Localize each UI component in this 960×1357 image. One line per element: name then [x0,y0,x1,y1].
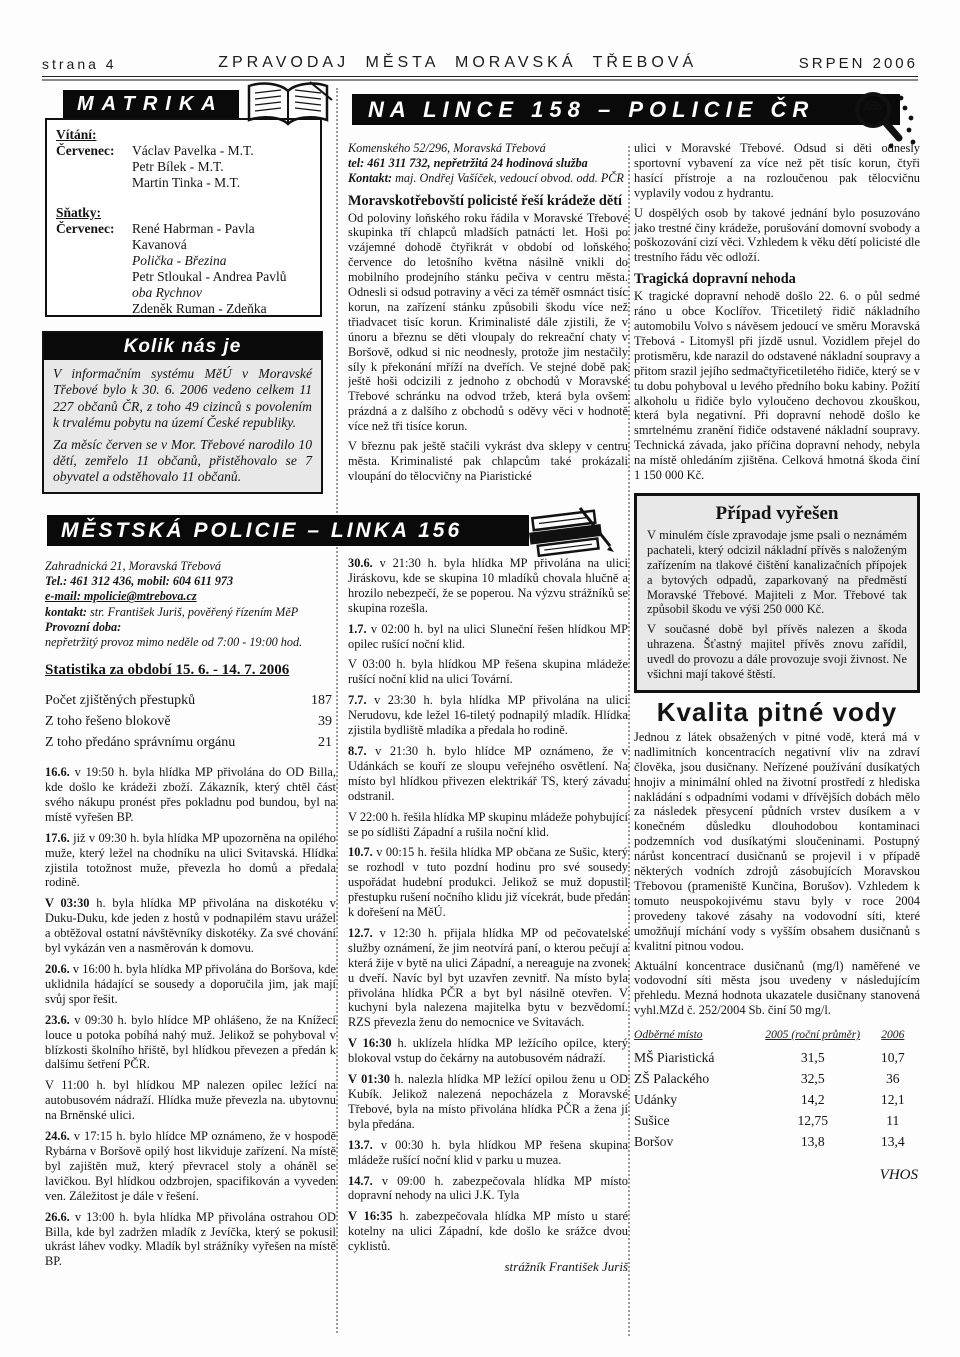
mestska-policie-header-bar: MĚSTSKÁ POLICIE – LINKA 156 [47,515,529,546]
books-pen-icon [522,502,614,558]
mp-log-entry: 30.6. v 21:30 h. byla hlídka MP přivolán… [348,556,628,616]
mp-log-entry: 17.6. již v 09:30 h. byla hlídka MP upoz… [45,831,336,891]
mp-log-entry: V 03:00 h. byla hlídkou MP řešena skupin… [348,657,628,687]
matrika-title: MATRIKA [77,93,224,116]
snatky-entry: Zdeněk Ruman - Zdeňka Poulová [132,301,311,317]
kolik-body: V informačním systému MěÚ v Moravské Tře… [44,360,321,492]
snatky-origin: oba Rychnov [132,285,311,301]
snatky-label: Sňatky: [56,205,311,221]
pripad-paragraph: V minulém čísle zpravodaje jsme psali o … [647,528,907,617]
mp-log-left: 16.6. v 19:50 h. byla hlídka MP přivolán… [45,765,336,1269]
story-paragraph: Od poloviny loňského roku řádila v Morav… [348,211,628,435]
nitrate-table: Odběrné místo 2005 (roční průměr) 2006 M… [634,1028,920,1183]
stat-value: 187 [311,690,332,711]
mp-log-entry: 26.6. v 13:00 h. byla hlídka MP přivolán… [45,1210,336,1270]
mp-log-entry: 16.6. v 19:50 h. byla hlídka MP přivolán… [45,765,336,825]
policie-cr-header-bar: NA LINCE 158 – POLICIE ČR [352,94,900,125]
header-rule-thin [42,76,918,77]
mp-log-entry: V 11:00 h. byl hlídkou MP nalezen opilec… [45,1078,336,1123]
mp-log-entry: 10.7. v 00:15 h. řešila hlídka MP občana… [348,845,628,920]
snatky-entry: Petr Stloukal - Andrea Pavlů [132,269,311,285]
kolik-title: Kolik nás je [124,336,242,358]
story-paragraph: V březnu pak ještě stačili vykrást dva s… [348,439,628,484]
table-row: Boršov13,813,4 [634,1131,920,1152]
voda-title: Kvalita pitné vody [634,705,920,720]
snatky-month: Červenec: [56,221,132,317]
story-paragraph: K tragické dopravní nehodě došlo 22. 6. … [634,289,920,483]
mp-address: Zahradnická 21, Moravská Třebová [45,559,336,574]
mp-log-entry: 8.7. v 21:30 h. bylo hlídce MP oznámeno,… [348,744,628,804]
table-row: Sušice12,7511 [634,1110,920,1131]
mp-contact-block: Zahradnická 21, Moravská Třebová Tel.: 4… [45,559,336,650]
pcr-contact-person: Kontakt: maj. Ondřej Vašíček, vedoucí ob… [348,171,628,186]
issue-date: SRPEN 2006 [799,55,918,72]
pripad-title: Případ vyřešen [647,502,907,526]
mp-hours: nepřetržitý provoz mimo neděle od 7:00 -… [45,635,336,650]
col-header-2005: 2005 (roční průměr) [760,1028,866,1043]
matrika-box: Vítání: Červenec: Václav Pavelka - M.T. … [45,118,322,317]
mp-signature: strážník František Juriš [348,1260,628,1275]
mestska-policie-column-1: Zahradnická 21, Moravská Třebová Tel.: 4… [45,559,336,1334]
stat-value: 21 [318,732,332,753]
open-book-icon [240,80,336,134]
mp-log-entry: V 22:00 h. řešila hlídka MP skupinu mlád… [348,810,628,840]
pcr-contact-label: Kontakt: [348,171,392,185]
col-header-2006: 2006 [866,1028,920,1043]
page-header: strana 4 ZPRAVODAJ MĚSTA MORAVSKÁ TŘEBOV… [42,42,918,72]
magnifier-fingerprint-icon [843,86,921,150]
stat-value: 39 [318,711,332,732]
policie-cr-column-1: Komenského 52/296, Moravská Třebová tel:… [348,141,628,513]
mp-log-entry: 20.6. v 16:00 h. byla hlídka MP přivolán… [45,962,336,1007]
mp-email: e-mail: mpolicie@mtrebova.cz [45,589,336,604]
story-title: Moravskotřebovští policisté řeší krádeže… [348,194,628,209]
mp-log-entry: 13.7. v 00:30 h. byla hlídkou MP řešena … [348,1138,628,1168]
voda-paragraph: Aktuální koncentrace dusičnanů (mg/l) na… [634,959,920,1019]
vitani-entry: Petr Bílek - M.T. [132,159,311,175]
table-row: ZŠ Palackého32,536 [634,1068,920,1089]
stat-row: Počet zjištěných přestupků187 [45,690,336,711]
stat-row: Z toho předáno správnímu orgánu21 [45,732,336,753]
vitani-entry: Václav Pavelka - M.T. [132,143,311,159]
mp-log-entry: V 03:30 h. byla hlídka MP přivolána na d… [45,896,336,956]
kolik-paragraph: Za měsíc červen se v Mor. Třebové narodi… [53,437,312,486]
mp-log-entry: 24.6. v 17:15 h. bylo hlídce MP oznámeno… [45,1129,336,1204]
mp-hours-label: Provozní doba: [45,620,336,635]
snatky-origin: Polička - Březina [132,253,311,269]
mp-contact-person: kontakt: str. František Juriš, pověřený … [45,605,336,620]
header-rule-thick [42,79,918,81]
mp-log-entry: 7.7. v 23:30 h. byla hlídka MP přivolána… [348,693,628,738]
vitani-entry: Martin Tinka - M.T. [132,175,311,191]
snatky-entry: René Habrman - Pavla Kavanová [132,221,311,253]
stats-title: Statistika za období 15. 6. - 14. 7. 200… [45,663,336,678]
email-link[interactable]: mpolicie@mtrebova.cz [84,589,197,603]
vitani-month: Červenec: [56,143,132,191]
stat-row: Z toho řešeno blokově39 [45,711,336,732]
matrika-section: MATRIKA Vítání: Červenec: Václav Pavelka… [45,88,322,317]
pcr-contact-block: Komenského 52/296, Moravská Třebová tel:… [348,141,628,187]
col-header-place: Odběrné místo [634,1028,760,1043]
mp-log-entry: 14.7. v 09:00 h. zabezpečovala hlídka MP… [348,1174,628,1204]
pripad-paragraph: V současné době byl přívěs nalezen a ško… [647,622,907,682]
column-separator-left [336,88,338,1333]
table-signature: VHOS [634,1168,920,1183]
matrika-header-bar: MATRIKA [63,90,239,118]
table-row: Udánky14,212,1 [634,1089,920,1110]
column-separator-right [628,146,630,1336]
table-header-row: Odběrné místo 2005 (roční průměr) 2006 [634,1028,920,1043]
mp-log-entry: V 16:35 h. zabezpečovala hlídka MP místo… [348,1209,628,1254]
mp-log-entry: 1.7. v 02:00 h. byl na ulici Sluneční ře… [348,622,628,652]
mestska-policie-column-2: 30.6. v 21:30 h. byla hlídka MP přivolán… [348,556,628,1336]
story-title: Tragická dopravní nehoda [634,272,920,287]
kolik-nas-je-section: Kolik nás je V informačním systému MěÚ v… [42,331,323,494]
page-number: strana 4 [42,56,117,72]
voda-paragraph: Jednou z látek obsažených v pitné vodě, … [634,730,920,954]
pcr-phone: tel: 461 311 732, nepřetržitá 24 hodinov… [348,156,628,171]
policie-cr-column-2: ulici v Moravské Třebové. Odsud si děti … [634,141,920,1337]
mp-log-entry: V 01:30 h. nalezla hlídka MP ležící opil… [348,1072,628,1132]
newspaper-title: ZPRAVODAJ MĚSTA MORAVSKÁ TŘEBOVÁ [218,54,697,72]
mp-log-entry: 12.7. v 12:30 h. přijala hlídka MP od pe… [348,926,628,1030]
mp-log-entry: 23.6. v 09:30 h. bylo hlídce MP ohlášeno… [45,1013,336,1073]
kolik-paragraph: V informačním systému MěÚ v Moravské Tře… [53,366,312,432]
mp-log-entry: V 16:30 h. uklízela hlídka MP ležícího o… [348,1036,628,1066]
policie-cr-title: NA LINCE 158 – POLICIE ČR [368,97,814,123]
pcr-address: Komenského 52/296, Moravská Třebová [348,141,628,156]
mp-phone: Tel.: 461 312 436, mobil: 604 611 973 [45,574,336,589]
kolik-header-bar: Kolik nás je [44,333,321,360]
pripad-vyresen-box: Případ vyřešen V minulém čísle zpravodaj… [634,493,920,693]
story-paragraph: U dospělých osob by takové jednání bylo … [634,206,920,266]
mestska-policie-title: MĚSTSKÁ POLICIE – LINKA 156 [61,519,462,543]
table-row: MŠ Piaristická31,510,7 [634,1047,920,1068]
